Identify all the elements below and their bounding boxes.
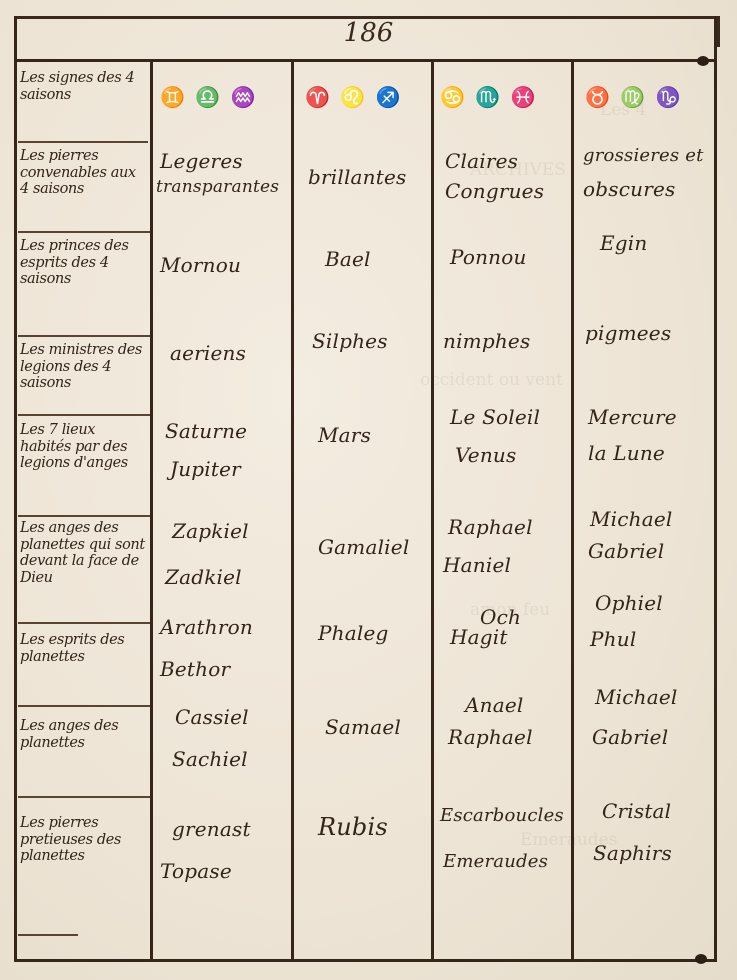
cell-anges-face-col4-b: Gabriel (588, 540, 664, 563)
table-top-border (14, 59, 717, 62)
cell-esprits-col1-b: Bethor (160, 658, 230, 681)
table-right-border (714, 16, 717, 962)
row-divider (18, 414, 150, 416)
cell-lieux-col2: Mars (318, 424, 371, 447)
cell-esprits-col4-b: Phul (590, 628, 636, 651)
cell-pierres-pretieuses-col3-a: Escarboucles (440, 806, 564, 827)
cell-pierres-col3-b: Congrues (445, 180, 544, 203)
ink-blot (697, 56, 709, 66)
cell-pierres-col4-b: obscures (583, 178, 675, 201)
cell-anges-face-col1-b: Zadkiel (165, 566, 242, 589)
cell-ministres-col1: aeriens (170, 342, 246, 365)
cell-pierres-pretieuses-col3-b: Emeraudes (443, 852, 548, 873)
cell-pierres-pretieuses-col4-b: Saphirs (593, 842, 672, 865)
cell-lieux-col3-b: Venus (455, 444, 516, 467)
ink-blot (695, 954, 707, 964)
cell-ministres-col3: nimphes (443, 330, 530, 353)
cell-princes-col2: Bael (325, 248, 371, 271)
cell-ministres-col2: Silphes (312, 330, 388, 353)
row-label-pierres-pretieuses: Les pierres pretieuses des planettes (20, 815, 148, 865)
cell-princes-col1: Mornou (160, 254, 241, 277)
row-divider (18, 796, 150, 798)
cell-pierres-pretieuses-col2: Rubis (318, 814, 388, 842)
column-divider (431, 59, 434, 962)
row-divider (18, 335, 150, 337)
cell-lieux-col1-b: Jupiter (170, 458, 241, 481)
table-left-border (14, 16, 17, 962)
row-label-anges: Les anges des planettes (20, 718, 148, 751)
show-through-text: occident ou vent (420, 370, 563, 390)
cell-pierres-col2: brillantes (308, 166, 407, 189)
cell-anges-col1-b: Sachiel (172, 748, 248, 771)
cell-princes-col3: Ponnou (450, 246, 527, 269)
cell-lieux-col1-a: Saturne (165, 420, 247, 443)
cell-lieux-col4-a: Mercure (588, 406, 677, 429)
zodiac-signs-col3: ♋ ♏ ♓ (440, 86, 537, 109)
cell-esprits-col3-b: Hagit (450, 626, 508, 649)
cell-anges-col2: Samael (325, 716, 401, 739)
column-divider (571, 59, 574, 962)
page-number: 186 (0, 18, 737, 48)
row-label-princes: Les princes des esprits des 4 saisons (20, 238, 148, 288)
cell-lieux-col4-b: la Lune (588, 442, 665, 465)
cell-anges-col3-b: Raphael (448, 726, 533, 749)
column-divider (150, 59, 153, 962)
cell-pierres-pretieuses-col1-a: grenast (172, 818, 251, 841)
row-label-signes: Les signes des 4 saisons (20, 70, 148, 103)
column-divider (291, 59, 294, 962)
zodiac-signs-col4: ♉ ♍ ♑ (585, 86, 682, 109)
cell-anges-col4-b: Gabriel (592, 726, 668, 749)
cell-pierres-col4-a: grossieres et (583, 146, 704, 167)
table-bottom-border (14, 959, 717, 962)
cell-anges-col3-a: Anael (465, 694, 523, 717)
cell-pierres-col1-a: Legeres (160, 150, 243, 173)
cell-ministres-col4: pigmees (585, 322, 671, 345)
zodiac-signs-col1: ♊ ♎ ♒ (160, 86, 257, 109)
row-label-lieux: Les 7 lieux habités par des legions d'an… (20, 422, 148, 472)
cell-lieux-col3-a: Le Soleil (450, 406, 540, 429)
cell-pierres-col3-a: Claires (445, 150, 518, 173)
cell-esprits-col2: Phaleg (318, 622, 389, 645)
cell-anges-face-col3-b: Haniel (443, 554, 511, 577)
manuscript-page: Les 4 ARCHIVES occident ou vent amon feu… (0, 0, 737, 980)
cell-anges-face-col2: Gamaliel (318, 536, 409, 559)
row-divider (18, 141, 148, 143)
cell-anges-col1-a: Cassiel (175, 706, 249, 729)
row-label-esprits: Les esprits des planettes (20, 632, 148, 665)
cell-pierres-col1-b: transparantes (156, 178, 279, 198)
zodiac-signs-col2: ♈ ♌ ♐ (305, 86, 402, 109)
cell-anges-face-col1-a: Zapkiel (172, 520, 249, 543)
cell-anges-col4-a: Michael (595, 686, 678, 709)
cell-princes-col4: Egin (600, 232, 647, 255)
cell-anges-face-col4-a: Michael (590, 508, 673, 531)
row-divider (18, 934, 78, 936)
row-divider (18, 705, 150, 707)
cell-esprits-col4-a: Ophiel (595, 592, 663, 615)
row-divider (18, 622, 150, 624)
cell-pierres-pretieuses-col1-b: Topase (160, 860, 232, 883)
cell-anges-face-col3-a: Raphael (448, 516, 533, 539)
cell-esprits-col1-a: Arathron (160, 616, 253, 639)
row-label-ministres: Les ministres des legions des 4 saisons (20, 342, 148, 392)
row-divider (18, 231, 150, 233)
row-label-anges-face: Les anges des planettes qui sont devant … (20, 520, 148, 587)
cell-pierres-pretieuses-col4-a: Cristal (602, 800, 671, 823)
row-label-pierres-saisons: Les pierres convenables aux 4 saisons (20, 148, 148, 198)
row-divider (18, 515, 150, 517)
